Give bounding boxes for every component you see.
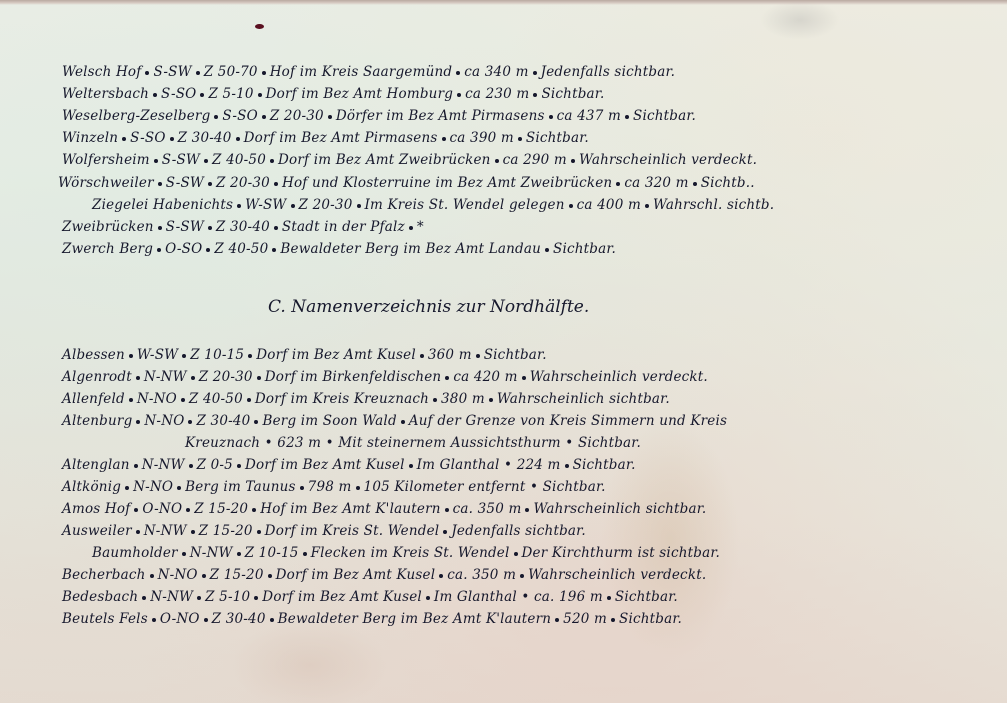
separator-dot: [420, 354, 424, 358]
visibility-note: Wahrscheinlich sichtbar.: [497, 391, 670, 407]
list-item: AlbessenW-SWZ 10-15Dorf im Bez Amt Kusel…: [62, 345, 547, 365]
visibility-note: Jedenfalls sichtbar.: [451, 523, 586, 539]
direction: S-SW: [153, 64, 191, 80]
zone-range: Z 20-30: [199, 369, 253, 385]
separator-dot: [152, 618, 156, 622]
page-top-edge: [0, 0, 1007, 5]
separator-dot: [257, 530, 261, 534]
zone-range: Z 15-20: [210, 567, 264, 583]
direction: O-NO: [142, 501, 182, 517]
list-item: Weselberg-ZeselbergS-SOZ 20-30Dörfer im …: [62, 106, 696, 126]
list-item: AusweilerN-NWZ 15-20Dorf im Kreis St. We…: [62, 521, 586, 541]
list-item: Amos HofO-NOZ 15-20Hof im Bez Amt K'laut…: [62, 499, 706, 519]
separator-dot: [200, 93, 204, 97]
visibility-note: Sichtbar.: [573, 457, 636, 473]
separator-dot: [208, 182, 212, 186]
direction: O-NO: [160, 611, 200, 627]
zone-range: Z 30-40: [216, 219, 270, 235]
separator-dot: [409, 464, 413, 468]
list-item: AlgenrodtN-NWZ 20-30Dorf im Birkenfeldis…: [62, 367, 708, 387]
direction: S-SO: [222, 108, 257, 124]
elevation: Im Glanthal • ca. 196 m: [434, 589, 603, 605]
separator-dot: [262, 71, 266, 75]
separator-dot: [525, 508, 529, 512]
separator-dot: [129, 354, 133, 358]
separator-dot: [303, 552, 307, 556]
zone-range: Z 0-5: [197, 457, 233, 473]
elevation: 798 m: [308, 479, 352, 495]
separator-dot: [442, 137, 446, 141]
separator-dot: [328, 115, 332, 119]
direction: N-NO: [133, 479, 173, 495]
separator-dot: [495, 159, 499, 163]
visibility-note: Sichtbar.: [553, 241, 616, 257]
separator-dot: [625, 115, 629, 119]
elevation: 360 m: [428, 347, 472, 363]
ink-spot: [255, 24, 264, 29]
elevation: ca 400 m: [577, 197, 641, 213]
place-name: Winzeln: [62, 130, 118, 146]
place-name: Becherbach: [62, 567, 146, 583]
list-item: Ziegelei HabenichtsW-SWZ 20-30Im Kreis S…: [92, 195, 774, 215]
place-name: Bedesbach: [62, 589, 138, 605]
separator-dot: [616, 182, 620, 186]
separator-dot: [237, 552, 241, 556]
description: Bewaldeter Berg im Bez Amt K'lautern: [278, 611, 552, 627]
place-name: Amos Hof: [62, 501, 130, 517]
description: Dorf im Kreis Kreuznach: [255, 391, 429, 407]
description: Dorf im Kreis St. Wendel: [265, 523, 440, 539]
separator-dot: [177, 486, 181, 490]
description: Dorf im Bez Amt Kusel: [276, 567, 436, 583]
description: Dorf im Bez Amt Kusel: [262, 589, 422, 605]
section-c-heading: C. Namenverzeichnis zur Nordhälfte.: [268, 297, 589, 317]
description: Stadt in der Pfalz: [282, 219, 405, 235]
elevation: ca 437 m: [557, 108, 621, 124]
separator-dot: [248, 354, 252, 358]
separator-dot: [569, 204, 573, 208]
visibility-note: 105 Kilometer entfernt • Sichtbar.: [364, 479, 606, 495]
place-name: Weltersbach: [62, 86, 149, 102]
separator-dot: [142, 596, 146, 600]
place-name: Altenburg: [62, 413, 132, 429]
list-item: WolfersheimS-SWZ 40-50Dorf im Bez Amt Zw…: [62, 150, 757, 170]
separator-dot: [237, 204, 241, 208]
zone-range: Z 30-40: [196, 413, 250, 429]
separator-dot: [252, 508, 256, 512]
separator-dot: [545, 248, 549, 252]
separator-dot: [206, 248, 210, 252]
list-item: BecherbachN-NOZ 15-20Dorf im Bez Amt Kus…: [62, 565, 706, 585]
elevation: Im Glanthal • 224 m: [417, 457, 561, 473]
elevation: ca. 350 m: [453, 501, 522, 517]
elevation: ca. 350 m: [447, 567, 516, 583]
direction: S-SO: [161, 86, 196, 102]
direction: N-NW: [144, 369, 187, 385]
separator-dot: [153, 93, 157, 97]
direction: N-NO: [144, 413, 184, 429]
place-name: Altkönig: [62, 479, 121, 495]
separator-dot: [182, 552, 186, 556]
separator-dot: [136, 420, 140, 424]
elevation: ca 230 m: [465, 86, 529, 102]
separator-dot: [571, 159, 575, 163]
separator-dot: [433, 398, 437, 402]
direction: N-NW: [144, 523, 187, 539]
separator-dot: [129, 398, 133, 402]
description: Dorf im Bez Amt Kusel: [245, 457, 405, 473]
separator-dot: [197, 596, 201, 600]
zone-range: Z 5-10: [205, 589, 250, 605]
separator-dot: [445, 508, 449, 512]
visibility-note: Sichtbar.: [526, 130, 589, 146]
separator-dot: [202, 574, 206, 578]
place-name: Wolfersheim: [62, 152, 150, 168]
separator-dot: [549, 115, 553, 119]
zone-range: Z 40-50: [214, 241, 268, 257]
place-name: Allenfeld: [62, 391, 125, 407]
separator-dot: [254, 596, 258, 600]
separator-dot: [254, 420, 258, 424]
visibility-note: Der Kirchthurm ist sichtbar.: [522, 545, 720, 561]
separator-dot: [356, 486, 360, 490]
direction: N-NW: [190, 545, 233, 561]
description: Dorf im Bez Amt Kusel: [256, 347, 416, 363]
separator-dot: [555, 618, 559, 622]
separator-dot: [611, 618, 615, 622]
separator-dot: [158, 226, 162, 230]
separator-dot: [136, 530, 140, 534]
zone-range: Z 5-10: [208, 86, 253, 102]
description: Dorf im Bez Amt Pirmasens: [244, 130, 438, 146]
separator-dot: [170, 137, 174, 141]
separator-dot: [518, 137, 522, 141]
separator-dot: [270, 618, 274, 622]
list-item: WörschweilerS-SWZ 20-30Hof und Klosterru…: [58, 173, 755, 193]
separator-dot: [157, 248, 161, 252]
visibility-note: Wahrscheinlich verdeckt.: [530, 369, 708, 385]
separator-dot: [125, 486, 129, 490]
zone-range: Z 20-30: [216, 175, 270, 191]
separator-dot: [291, 204, 295, 208]
list-item: BedesbachN-NWZ 5-10Dorf im Bez Amt Kusel…: [62, 587, 678, 607]
zone-range: Z 15-20: [199, 523, 253, 539]
separator-dot: [270, 159, 274, 163]
separator-dot: [204, 159, 208, 163]
place-name: Baumholder: [92, 545, 178, 561]
separator-dot: [533, 93, 537, 97]
separator-dot: [158, 182, 162, 186]
place-name: Algenrodt: [62, 369, 132, 385]
direction: S-SW: [162, 152, 200, 168]
elevation: ca 390 m: [450, 130, 514, 146]
separator-dot: [268, 574, 272, 578]
visibility-note: Wahrscheinlich verdeckt.: [579, 152, 757, 168]
separator-dot: [189, 464, 193, 468]
separator-dot: [520, 574, 524, 578]
direction: N-NO: [158, 567, 198, 583]
visibility-note: Sichtbar.: [633, 108, 696, 124]
separator-dot: [607, 596, 611, 600]
separator-dot: [258, 93, 262, 97]
list-item: Welsch HofS-SWZ 50-70Hof im Kreis Saarge…: [62, 62, 675, 82]
separator-dot: [145, 71, 149, 75]
separator-dot: [186, 508, 190, 512]
separator-dot: [236, 137, 240, 141]
separator-dot: [136, 376, 140, 380]
visibility-note: Auf der Grenze von Kreis Simmern und Kre…: [409, 413, 727, 429]
description: Dörfer im Bez Amt Pirmasens: [336, 108, 545, 124]
separator-dot: [262, 115, 266, 119]
visibility-note: Sichtbar.: [615, 589, 678, 605]
paper-stain: [230, 620, 390, 703]
separator-dot: [247, 398, 251, 402]
separator-dot: [565, 464, 569, 468]
separator-dot: [196, 71, 200, 75]
separator-dot: [476, 354, 480, 358]
separator-dot: [300, 486, 304, 490]
direction: W-SW: [137, 347, 178, 363]
separator-dot: [272, 248, 276, 252]
place-name: Welsch Hof: [62, 64, 141, 80]
separator-dot: [182, 354, 186, 358]
list-item: AltkönigN-NOBerg im Taunus798 m105 Kilom…: [62, 477, 606, 497]
list-item: AltenglanN-NWZ 0-5Dorf im Bez Amt KuselI…: [62, 455, 636, 475]
separator-dot: [533, 71, 537, 75]
separator-dot: [456, 71, 460, 75]
separator-dot: [134, 508, 138, 512]
description: Dorf im Bez Amt Zweibrücken: [278, 152, 491, 168]
separator-dot: [154, 159, 158, 163]
elevation: 520 m: [563, 611, 607, 627]
separator-dot: [122, 137, 126, 141]
direction: N-NO: [137, 391, 177, 407]
place-name: Ziegelei Habenichts: [92, 197, 233, 213]
place-name: Wörschweiler: [58, 175, 154, 191]
separator-dot: [214, 115, 218, 119]
zone-range: Z 10-15: [245, 545, 299, 561]
direction: N-NW: [142, 457, 185, 473]
zone-range: Z 15-20: [194, 501, 248, 517]
visibility-note: Sichtb..: [701, 175, 755, 191]
place-name: Ausweiler: [62, 523, 132, 539]
direction: O-SO: [165, 241, 202, 257]
description: Hof im Bez Amt K'lautern: [260, 501, 440, 517]
visibility-note: Sichtbar.: [619, 611, 682, 627]
description: Im Kreis St. Wendel gelegen: [365, 197, 565, 213]
zone-range: Z 30-40: [178, 130, 232, 146]
separator-dot: [191, 376, 195, 380]
list-item: Zwerch BergO-SOZ 40-50Bewaldeter Berg im…: [62, 239, 616, 259]
separator-dot: [274, 226, 278, 230]
direction: N-NW: [150, 589, 193, 605]
separator-dot: [426, 596, 430, 600]
separator-dot: [181, 398, 185, 402]
paper-stain: [760, 0, 840, 40]
direction: W-SW: [245, 197, 286, 213]
visibility-note: Jedenfalls sichtbar.: [541, 64, 676, 80]
visibility-note: Sichtbar.: [484, 347, 547, 363]
direction: S-SW: [166, 219, 204, 235]
direction: S-SO: [130, 130, 165, 146]
elevation: ca 290 m: [503, 152, 567, 168]
separator-dot: [693, 182, 697, 186]
visibility-note: Sichtbar.: [541, 86, 604, 102]
description: Hof und Klosterruine im Bez Amt Zweibrüc…: [282, 175, 612, 191]
separator-dot: [522, 376, 526, 380]
place-name: Weselberg-Zeselberg: [62, 108, 210, 124]
elevation: ca 320 m: [624, 175, 688, 191]
elevation: 380 m: [441, 391, 485, 407]
place-name: Albessen: [62, 347, 125, 363]
separator-dot: [445, 376, 449, 380]
list-item: BaumholderN-NWZ 10-15Flecken im Kreis St…: [92, 543, 720, 563]
list-item-continuation: Kreuznach • 623 m • Mit steinernem Aussi…: [185, 433, 641, 453]
separator-dot: [443, 530, 447, 534]
place-name: Altenglan: [62, 457, 130, 473]
place-name: Beutels Fels: [62, 611, 148, 627]
separator-dot: [409, 226, 413, 230]
visibility-note: Wahrscheinlich sichtbar.: [533, 501, 706, 517]
place-name: Zweibrücken: [62, 219, 154, 235]
description: Bewaldeter Berg im Bez Amt Landau: [280, 241, 541, 257]
separator-dot: [237, 464, 241, 468]
separator-dot: [150, 574, 154, 578]
separator-dot: [191, 530, 195, 534]
separator-dot: [645, 204, 649, 208]
list-item: AllenfeldN-NOZ 40-50Dorf im Kreis Kreuzn…: [62, 389, 670, 409]
separator-dot: [457, 93, 461, 97]
elevation: ca 420 m: [453, 369, 517, 385]
visibility-note: Wahrscheinlich verdeckt.: [528, 567, 706, 583]
separator-dot: [204, 618, 208, 622]
separator-dot: [208, 226, 212, 230]
separator-dot: [514, 552, 518, 556]
separator-dot: [274, 182, 278, 186]
separator-dot: [357, 204, 361, 208]
description: Dorf im Birkenfeldischen: [265, 369, 442, 385]
description: Dorf im Bez Amt Homburg: [266, 86, 453, 102]
zone-range: Z 40-50: [189, 391, 243, 407]
visibility-note: Wahrschl. sichtb.: [653, 197, 774, 213]
zone-range: Z 20-30: [299, 197, 353, 213]
separator-dot: [188, 420, 192, 424]
separator-dot: [489, 398, 493, 402]
description: Flecken im Kreis St. Wendel: [311, 545, 510, 561]
description: Berg im Taunus: [185, 479, 296, 495]
separator-dot: [401, 420, 405, 424]
direction: S-SW: [166, 175, 204, 191]
separator-dot: [134, 464, 138, 468]
list-item: WinzelnS-SOZ 30-40Dorf im Bez Amt Pirmas…: [62, 128, 589, 148]
zone-range: Z 30-40: [212, 611, 266, 627]
separator-dot: [439, 574, 443, 578]
description: Hof im Kreis Saargemünd: [270, 64, 453, 80]
list-item: WeltersbachS-SOZ 5-10Dorf im Bez Amt Hom…: [62, 84, 604, 104]
zone-range: Z 20-30: [270, 108, 324, 124]
separator-dot: [257, 376, 261, 380]
zone-range: Z 10-15: [190, 347, 244, 363]
list-item: AltenburgN-NOZ 30-40Berg im Soon WaldAuf…: [62, 411, 727, 431]
list-item: Beutels FelsO-NOZ 30-40Bewaldeter Berg i…: [62, 609, 682, 629]
description: Berg im Soon Wald: [262, 413, 396, 429]
visibility-note: *: [417, 219, 424, 235]
elevation: ca 340 m: [464, 64, 528, 80]
list-item: ZweibrückenS-SWZ 30-40Stadt in der Pfalz…: [62, 217, 424, 237]
place-name: Zwerch Berg: [62, 241, 153, 257]
zone-range: Z 50-70: [204, 64, 258, 80]
zone-range: Z 40-50: [212, 152, 266, 168]
